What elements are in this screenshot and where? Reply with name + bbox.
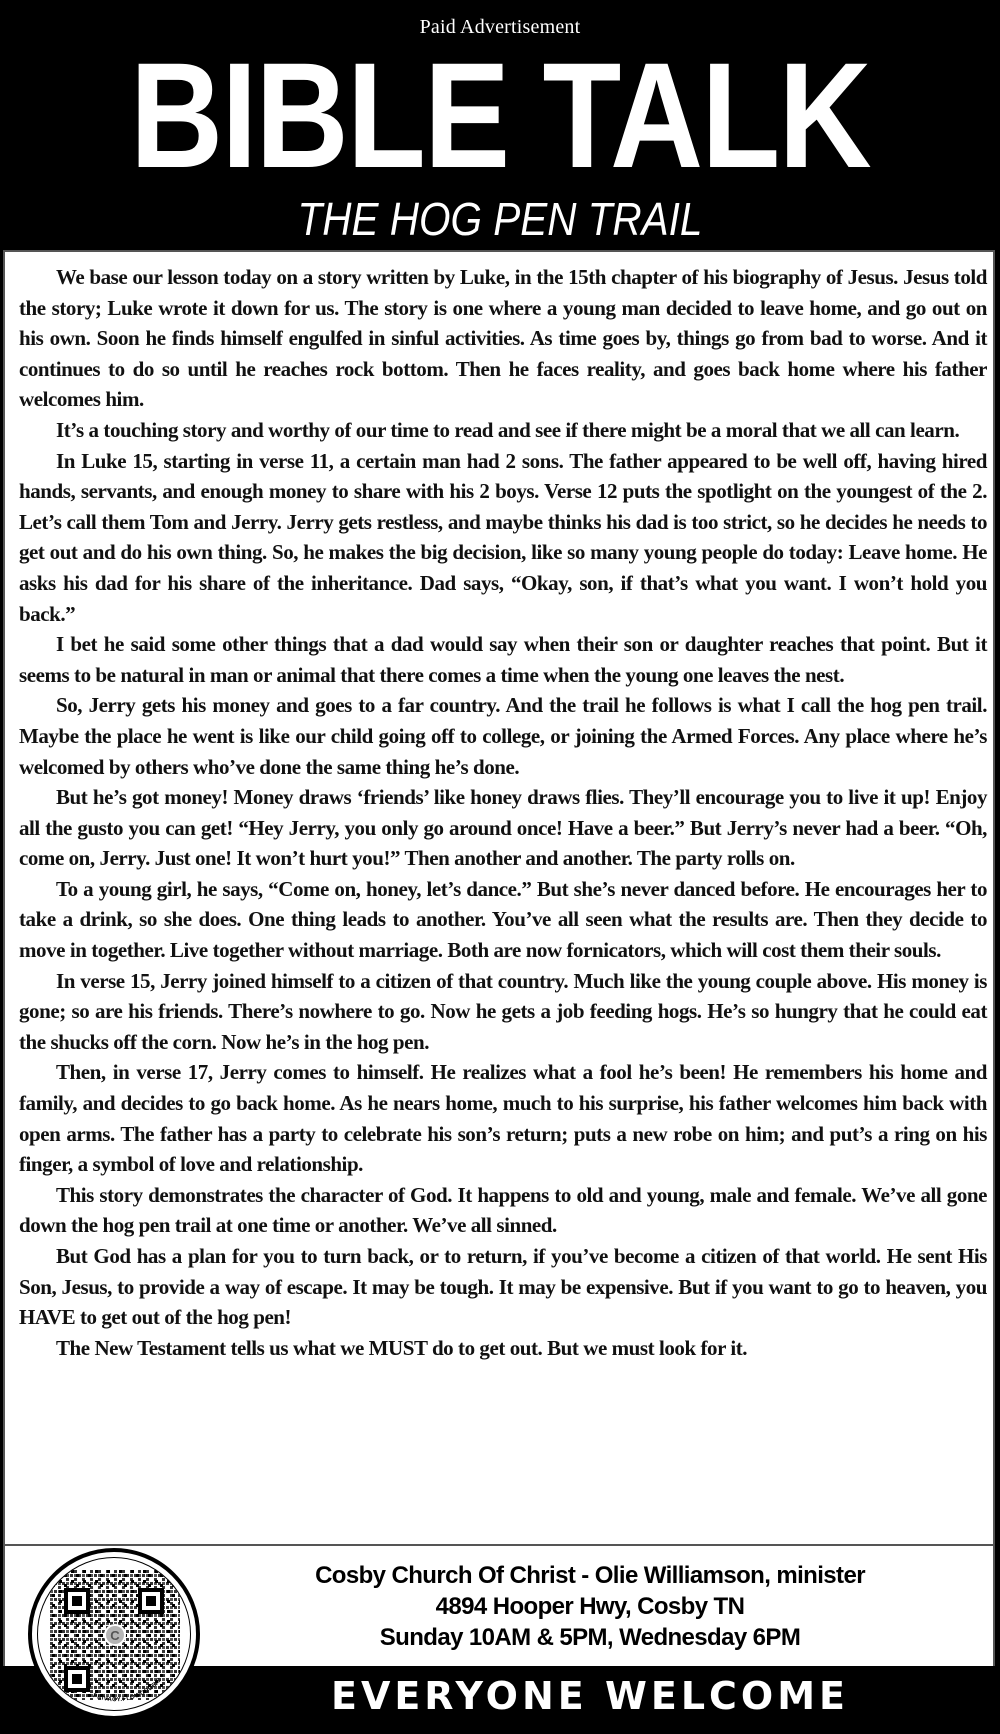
church-contact-info: Cosby Church Of Christ - Olie Williamson…: [220, 1560, 960, 1653]
finder-square-top-left: [64, 1588, 90, 1614]
service-schedule-line: Sunday 10AM & 5PM, Wednesday 6PM: [220, 1622, 960, 1653]
article-paragraph: But he’s got money! Money draws ‘friends…: [19, 782, 987, 874]
article-subtitle: THE HOG PEN TRAIL: [60, 193, 940, 245]
qr-code-icon[interactable]: C PRIVACY.FLOWCODE.COM: [28, 1548, 200, 1720]
finder-square-top-right: [138, 1588, 164, 1614]
finder-square-bottom-left: [64, 1666, 90, 1692]
page-title: BIBLE TALK: [70, 40, 930, 190]
article-paragraph: I bet he said some other things that a d…: [19, 629, 987, 690]
article-paragraph: Then, in verse 17, Jerry comes to himsel…: [19, 1057, 987, 1179]
article-paragraph: But God has a plan for you to turn back,…: [19, 1241, 987, 1333]
article-paragraph: We base our lesson today on a story writ…: [19, 262, 987, 415]
qr-code-pattern-icon: C PRIVACY.FLOWCODE.COM: [38, 1558, 191, 1711]
church-address-line: 4894 Hooper Hwy, Cosby TN: [220, 1591, 960, 1622]
article-paragraph: It’s a touching story and worthy of our …: [19, 415, 987, 446]
article-paragraph: This story demonstrates the character of…: [19, 1180, 987, 1241]
article-paragraph: To a young girl, he says, “Come on, hone…: [19, 874, 987, 966]
advertisement-page: Paid Advertisement BIBLE TALK THE HOG PE…: [0, 0, 1000, 1734]
qr-code-ring: C PRIVACY.FLOWCODE.COM: [37, 1557, 191, 1711]
church-name-line: Cosby Church Of Christ - Olie Williamson…: [220, 1560, 960, 1591]
article-body: We base our lesson today on a story writ…: [19, 262, 987, 1363]
everyone-welcome-text: EVERYONE WELCOME: [220, 1672, 960, 1720]
article-paragraph: The New Testament tells us what we MUST …: [19, 1333, 987, 1364]
ad-header: Paid Advertisement BIBLE TALK THE HOG PE…: [0, 0, 1000, 250]
article-paragraph: In Luke 15, starting in verse 11, a cert…: [19, 446, 987, 630]
article-paragraph: In verse 15, Jerry joined himself to a c…: [19, 966, 987, 1058]
article-box: We base our lesson today on a story writ…: [3, 250, 995, 1546]
svg-text:C: C: [110, 1628, 120, 1643]
article-paragraph: So, Jerry gets his money and goes to a f…: [19, 690, 987, 782]
